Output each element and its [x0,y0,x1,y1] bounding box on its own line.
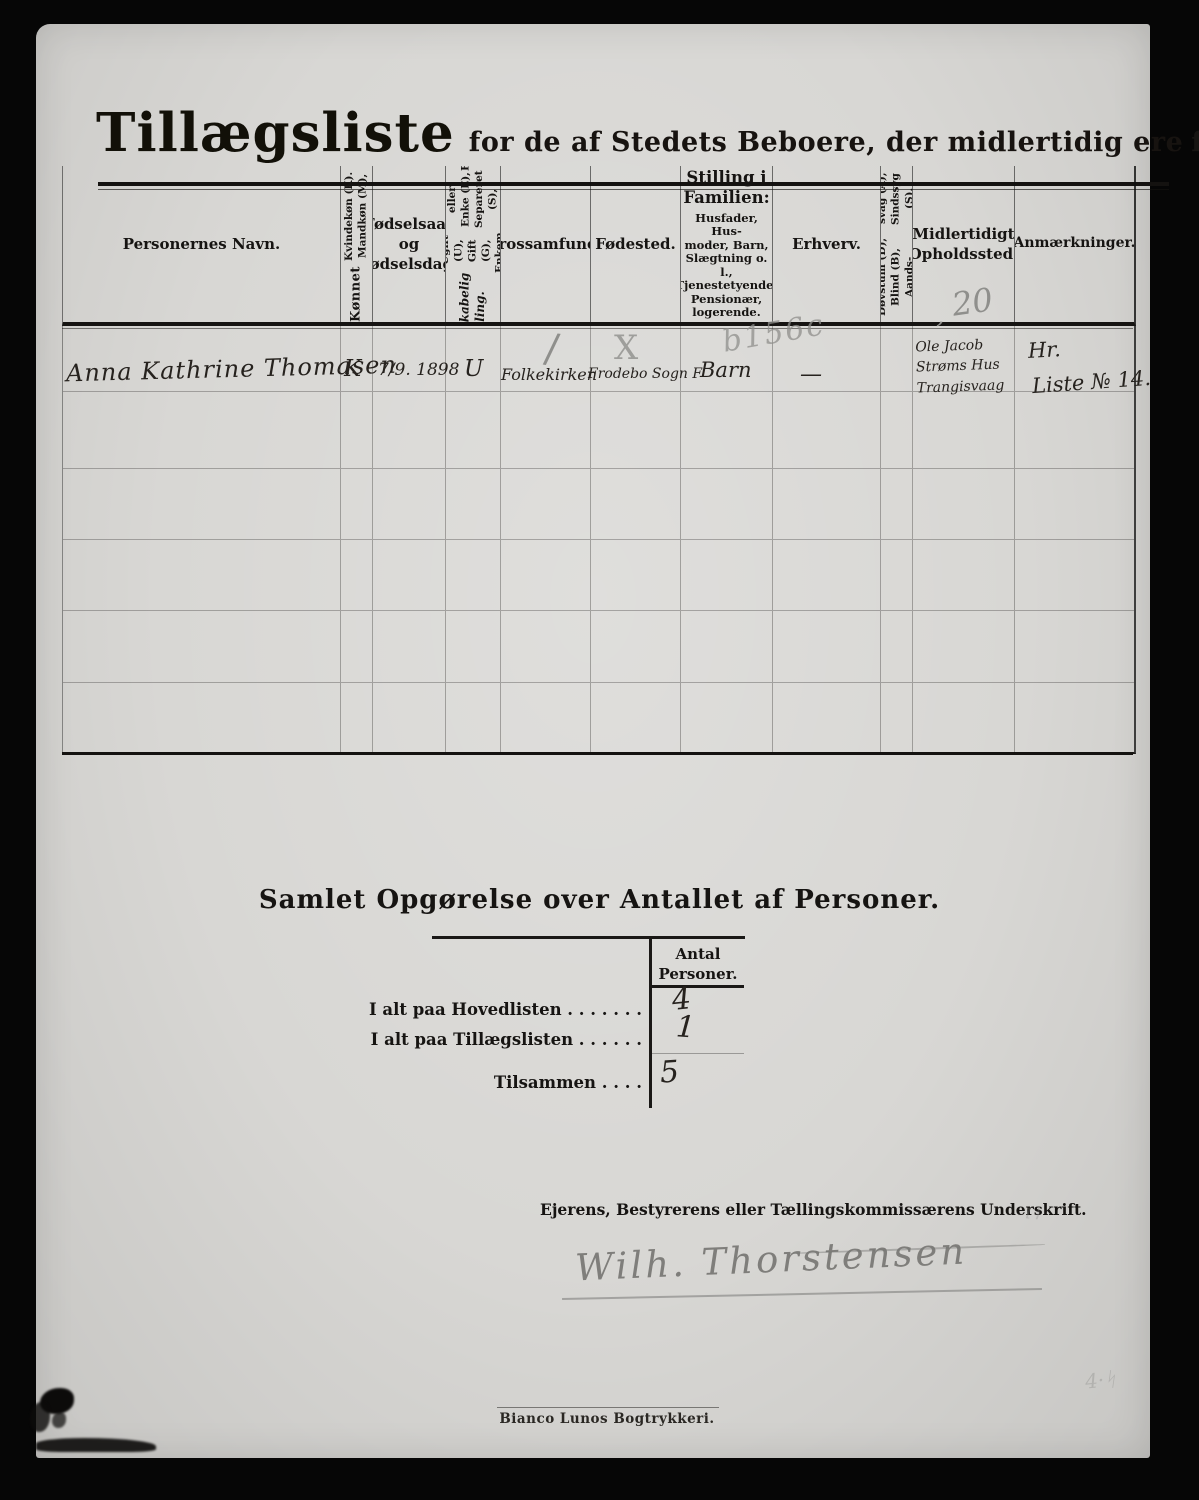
header-personernes-navn: Personernes Navn. [63,166,341,322]
summary-pencil-line [652,1053,744,1054]
handwritten-stay-line2: Strøms Hus [916,355,1004,378]
header-foedested-label: Fødested. [595,235,676,254]
ink-smudge [36,1438,156,1452]
handwritten-birthplace: Frodebo Sogn F [588,366,702,382]
header-familien-title2: Familien: [683,188,769,208]
table-row [63,540,1134,611]
header-aegteskabelig-line1: Ægteskabelig Stilling. [457,273,488,322]
pencil-x-mark: X [614,328,638,368]
table-row [63,683,1134,752]
header-opholdssted-line1: Midlertidigt [913,224,1015,244]
header-koennet-line1: Kønnet [348,266,364,322]
header-erhverv-label: Erhverv. [792,235,861,254]
header-personernes-navn-label: Personernes Navn. [123,235,281,254]
header-foedested: Fødested. [591,166,681,322]
handwritten-occupation-dash: — [800,362,822,387]
handwritten-family-position: Barn [700,358,752,382]
summary-value-tilsammen: 5 [659,1054,680,1090]
page-title-rest: for de af Stedets Beboere, der midlertid… [469,127,1184,158]
header-erhverv: Erhverv. [773,166,881,322]
header-stilling-i-familien: Stilling i Familien: Husfader, Hus- mode… [681,166,773,322]
header-foedselsaar-line1: Fødselsaar [373,214,446,234]
header-opholdssted-line2: Opholdssted. [913,244,1015,264]
page-title-main: Tillægsliste [96,102,455,164]
summary-label-tillaegslisten: I alt paa Tillægslisten . . . . . . [340,1030,642,1049]
printer-rule [497,1407,719,1408]
scanned-census-page: { "page": { "title_main": "Tillægsliste"… [0,0,1199,1500]
header-koennet-rotated: Kønnet Mandkøn (M), Kvindekøn (K). [343,166,370,322]
header-familien-sub1: Husfader, Hus- [681,212,772,239]
summary-title: Samlet Opgørelse over Antallet af Person… [0,885,1199,915]
handwritten-marital: U [464,356,483,382]
page-title-bold-end: fraværende. [1191,127,1199,158]
header-trossamfund: Trossamfund. [501,166,591,322]
header-aegteskabelig-rotated: Ægteskabelig Stilling. Ugift (U), Gift (… [446,166,501,322]
handwritten-stay-line3: Trangisvaag [916,375,1004,398]
handwritten-birthdate: 7/9. 1898 [378,360,459,380]
signature-label: Ejerens, Bestyrerens eller Tællingskommi… [540,1200,940,1219]
pencil-scribble: 4·ᛋ [1084,1366,1117,1393]
header-aegteskabelig-line2: Ugift (U), Gift (G), Enkem. [446,228,501,272]
header-aegteskabelig-line3: eller Enke (E), Separeret (S), [446,171,500,229]
page-title: Tillægslistefor de af Stedets Beboere, d… [96,102,1146,164]
header-familien-sub3: Slægtning o. l., [681,252,772,279]
summary-colhead-line1: Antal [652,944,744,964]
handwritten-remark-line1: Hr. [1027,337,1061,363]
header-koennet: Kønnet Mandkøn (M), Kvindekøn (K). [341,166,373,322]
pencil-number-20: 20 [950,280,996,323]
header-aegteskabelig-line4: Fraskilt (F). [459,166,486,171]
header-trossamfund-label: Trossamfund. [501,235,591,254]
summary-colhead-rule [652,985,744,988]
pencil-scribble: ı۱ [1024,1199,1044,1225]
table-bottom-rule [62,752,1133,755]
printer-imprint: Bianco Lunos Bogtrykkeri. [397,1411,817,1427]
header-doevstum-line2: svag (A), Sindssyg (S). [881,166,913,231]
header-anmaerkninger-label: Anmærkninger. [1015,235,1134,253]
header-foedselsaar: Fødselsaar og Fødselsdag. [373,166,446,322]
summary-label-tilsammen: Tilsammen . . . . [340,1073,642,1092]
cell-disability [881,326,913,391]
header-familien-sub4: Tjenestetyende, [681,279,773,293]
summary-column-header: Antal Personer. [652,944,744,985]
header-familien-sub6: logerende. [692,306,761,320]
summary-colhead-line2: Personer. [652,964,744,984]
header-doevstum-line1: Døvstum (D), Blind (B), Aands- [881,231,913,322]
header-foedselsaar-line2: og [399,234,420,254]
table-row [63,469,1134,540]
header-foedselsaar-line3: Fødselsdag. [373,254,446,274]
summary-top-rule [432,936,745,939]
header-doevstum: Døvstum (D), Blind (B), Aands- svag (A),… [881,166,913,322]
table-row [63,611,1134,683]
header-familien-title1: Stilling i [686,168,766,188]
header-aegteskabelig: Ægteskabelig Stilling. Ugift (U), Gift (… [446,166,501,322]
header-familien-sub5: Pensionær, [691,293,762,307]
header-doevstum-rotated: Døvstum (D), Blind (B), Aands- svag (A),… [881,166,913,322]
handwritten-stay: Ole Jacob Strøms Hus Trangisvaag [915,334,1005,398]
header-anmaerkninger: Anmærkninger. [1015,166,1134,322]
table-row [63,392,1134,469]
header-koennet-line2: Mandkøn (M), Kvindekøn (K). [343,166,370,266]
header-familien-sub2: moder, Barn, [684,239,768,253]
summary-label-hovedlisten: I alt paa Hovedlisten . . . . . . . [340,1000,642,1019]
handwritten-sex: K [344,356,361,382]
summary-value-tillaegslisten: 1 [675,1009,696,1045]
